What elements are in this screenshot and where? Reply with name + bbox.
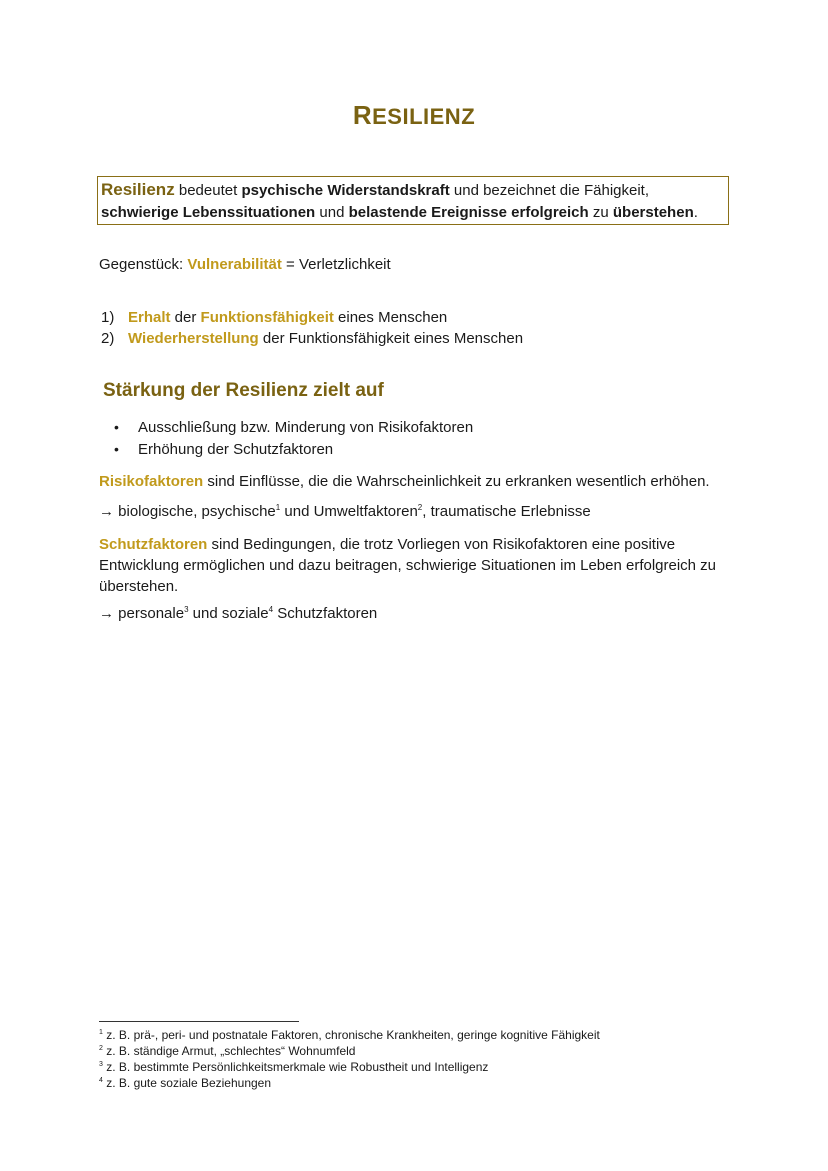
footnote-text: z. B. bestimmte Persönlichkeitsmerkmale … <box>103 1060 489 1074</box>
definition-text: zu <box>589 204 613 221</box>
document-page: RESILIENZ Resilienz bedeutet psychische … <box>0 0 828 1171</box>
risk-definition: Risikofaktoren sind Einflüsse, die die W… <box>99 473 710 490</box>
risk-term: Risikofaktoren <box>99 473 203 490</box>
footnote: 1 z. B. prä-, peri- und postnatale Fakto… <box>99 1028 600 1042</box>
protect-term: Schutzfaktoren <box>99 536 207 553</box>
definition-bold: psychische Widerstandskraft <box>241 182 449 199</box>
counterpart-label: Gegenstück: <box>99 256 187 273</box>
item-number: 2) <box>101 330 128 347</box>
footnote: 4 z. B. gute soziale Beziehungen <box>99 1076 271 1090</box>
risk-text: sind Einflüsse, die die Wahrscheinlichke… <box>203 473 709 490</box>
item-text: eines Menschen <box>334 309 447 326</box>
protect-examples: → personale3 und soziale4 Schutzfaktoren <box>99 605 377 622</box>
definition-bold: belastende Ereignisse erfolgreich <box>349 204 589 221</box>
counterpart-rest: = Verletzlichkeit <box>282 256 391 273</box>
bullet-text: Ausschließung bzw. Minderung von Risikof… <box>138 419 473 436</box>
definition-term: Resilienz <box>101 180 175 199</box>
item-term: Erhalt <box>128 309 171 326</box>
bullet-item: •Ausschließung bzw. Minderung von Risiko… <box>114 419 473 436</box>
definition-text: und <box>315 204 348 221</box>
bullet-text: Erhöhung der Schutzfaktoren <box>138 441 333 458</box>
definition-bold: überstehen <box>613 204 694 221</box>
definition-bold: schwierige Lebenssituationen <box>101 204 315 221</box>
page-title: RESILIENZ <box>0 100 828 131</box>
title-initial: R <box>353 100 372 130</box>
footnote-text: z. B. ständige Armut, „schlechtes“ Wohnu… <box>103 1044 356 1058</box>
item-text: der Funktionsfähigkeit eines Menschen <box>259 330 523 347</box>
protect-examples-text: und soziale <box>189 605 269 622</box>
definition-text: . <box>694 204 698 221</box>
protect-definition: Schutzfaktoren sind Bedingungen, die tro… <box>99 534 739 597</box>
item-term: Funktionsfähigkeit <box>201 309 334 326</box>
risk-examples: → biologische, psychische1 und Umweltfak… <box>99 503 591 520</box>
definition-box: Resilienz bedeutet psychische Widerstand… <box>97 176 729 225</box>
bullet-icon: • <box>114 441 138 457</box>
item-text: der <box>171 309 201 326</box>
section-heading: Stärkung der Resilienz zielt auf <box>103 380 384 402</box>
footnote-text: z. B. prä-, peri- und postnatale Faktore… <box>103 1028 600 1042</box>
bullet-icon: • <box>114 419 138 435</box>
numbered-item: 1)Erhalt der Funktionsfähigkeit eines Me… <box>101 309 447 326</box>
risk-examples-text: → biologische, psychische <box>99 503 276 520</box>
footnote-text: z. B. gute soziale Beziehungen <box>103 1076 271 1090</box>
definition-text: und bezeichnet die Fähigkeit, <box>450 182 649 199</box>
risk-examples-text: und Umweltfaktoren <box>280 503 418 520</box>
footnote: 2 z. B. ständige Armut, „schlechtes“ Woh… <box>99 1044 355 1058</box>
title-rest: ESILIENZ <box>372 104 475 129</box>
numbered-item: 2)Wiederherstellung der Funktionsfähigke… <box>101 330 523 347</box>
definition-text: bedeutet <box>175 182 242 199</box>
protect-examples-text: → personale <box>99 605 184 622</box>
counterpart-term: Vulnerabilität <box>187 256 281 273</box>
bullet-item: •Erhöhung der Schutzfaktoren <box>114 441 333 458</box>
item-number: 1) <box>101 309 128 326</box>
protect-examples-text: Schutzfaktoren <box>273 605 377 622</box>
footnote-divider <box>99 1021 299 1022</box>
item-term: Wiederherstellung <box>128 330 259 347</box>
risk-examples-text: , traumatische Erlebnisse <box>422 503 590 520</box>
footnote: 3 z. B. bestimmte Persönlichkeitsmerkmal… <box>99 1060 488 1074</box>
counterpart-line: Gegenstück: Vulnerabilität = Verletzlich… <box>99 256 391 273</box>
